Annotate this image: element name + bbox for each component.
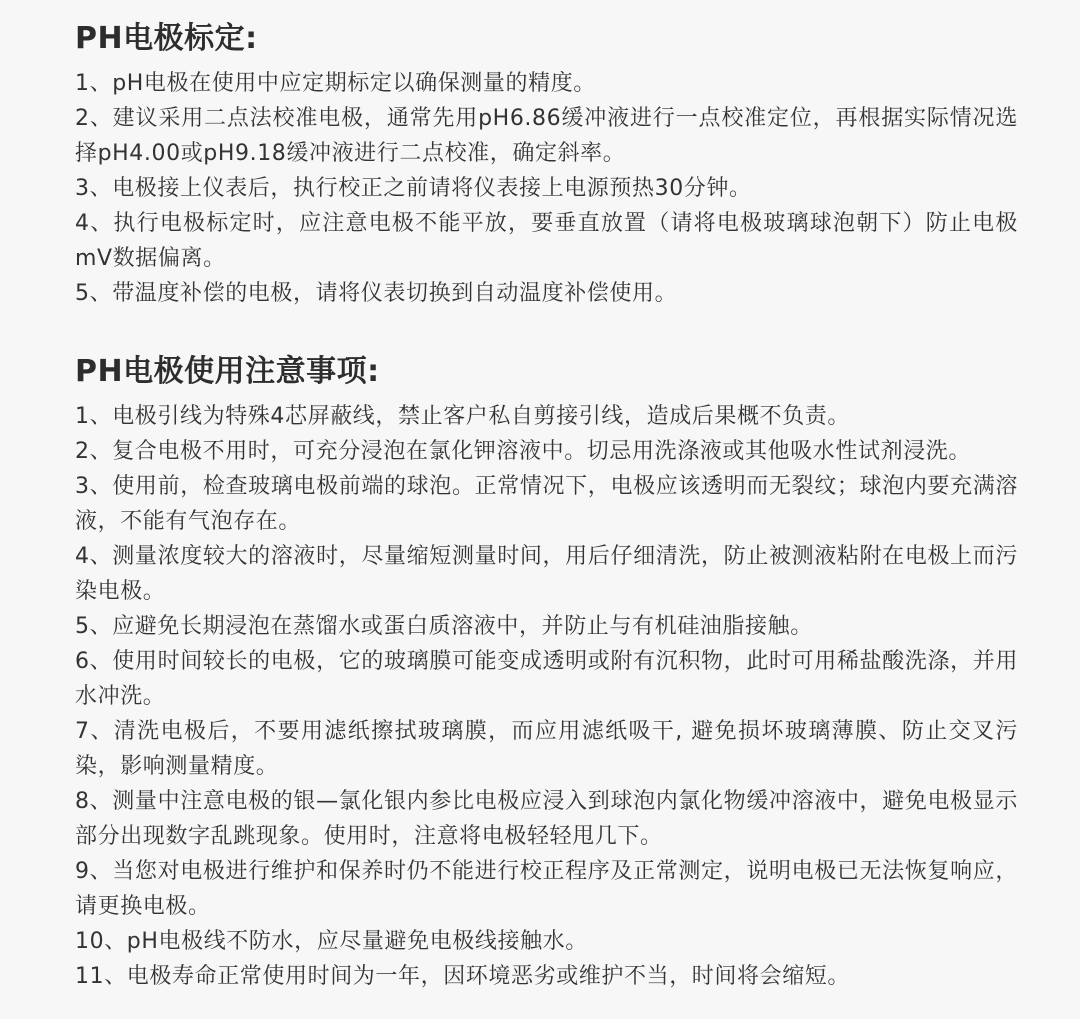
precaution-item-11: 11、电极寿命正常使用时间为一年，因环境恶劣或维护不当，时间将会缩短。 — [75, 959, 1018, 994]
section-usage-precautions: PH电极使用注意事项: 1、电极引线为特殊4芯屏蔽线，禁止客户私自剪接引线，造成… — [75, 351, 1018, 994]
calibration-item-3: 3、电极接上仪表后，执行校正之前请将仪表接上电源预热30分钟。 — [75, 171, 1018, 206]
instruction-document: PH电极标定: 1、pH电极在使用中应定期标定以确保测量的精度。 2、建议采用二… — [0, 0, 1080, 994]
calibration-item-1: 1、pH电极在使用中应定期标定以确保测量的精度。 — [75, 66, 1018, 101]
page: { "page": { "background_color": "#f7f7f7… — [0, 0, 1080, 1019]
section-ph-calibration: PH电极标定: 1、pH电极在使用中应定期标定以确保测量的精度。 2、建议采用二… — [75, 18, 1018, 311]
precaution-item-6: 6、使用时间较长的电极，它的玻璃膜可能变成透明或附有沉积物，此时可用稀盐酸洗涤，… — [75, 644, 1018, 714]
precaution-item-2: 2、复合电极不用时，可充分浸泡在氯化钾溶液中。切忌用洗涤液或其他吸水性试剂浸洗。 — [75, 434, 1018, 469]
precaution-item-7: 7、清洗电极后，不要用滤纸擦拭玻璃膜，而应用滤纸吸干, 避免损坏玻璃薄膜、防止交… — [75, 714, 1018, 784]
calibration-item-5: 5、带温度补偿的电极，请将仪表切换到自动温度补偿使用。 — [75, 276, 1018, 311]
precaution-item-8: 8、测量中注意电极的银—氯化银内参比电极应浸入到球泡内氯化物缓冲溶液中，避免电极… — [75, 784, 1018, 854]
calibration-heading: PH电极标定: — [75, 18, 1018, 60]
precaution-item-3: 3、使用前，检查玻璃电极前端的球泡。正常情况下，电极应该透明而无裂纹；球泡内要充… — [75, 469, 1018, 539]
precaution-item-1: 1、电极引线为特殊4芯屏蔽线，禁止客户私自剪接引线，造成后果概不负责。 — [75, 399, 1018, 434]
precaution-item-5: 5、应避免长期浸泡在蒸馏水或蛋白质溶液中，并防止与有机硅油脂接触。 — [75, 609, 1018, 644]
precaution-item-4: 4、测量浓度较大的溶液时，尽量缩短测量时间，用后仔细清洗，防止被测液粘附在电极上… — [75, 539, 1018, 609]
precautions-heading: PH电极使用注意事项: — [75, 351, 1018, 393]
precaution-item-10: 10、pH电极线不防水，应尽量避免电极线接触水。 — [75, 924, 1018, 959]
calibration-item-2: 2、建议采用二点法校准电极，通常先用pH6.86缓冲液进行一点校准定位，再根据实… — [75, 101, 1018, 171]
precaution-item-9: 9、当您对电极进行维护和保养时仍不能进行校正程序及正常测定，说明电极已无法恢复响… — [75, 854, 1018, 924]
calibration-item-4: 4、执行电极标定时，应注意电极不能平放，要垂直放置（请将电极玻璃球泡朝下）防止电… — [75, 206, 1018, 276]
